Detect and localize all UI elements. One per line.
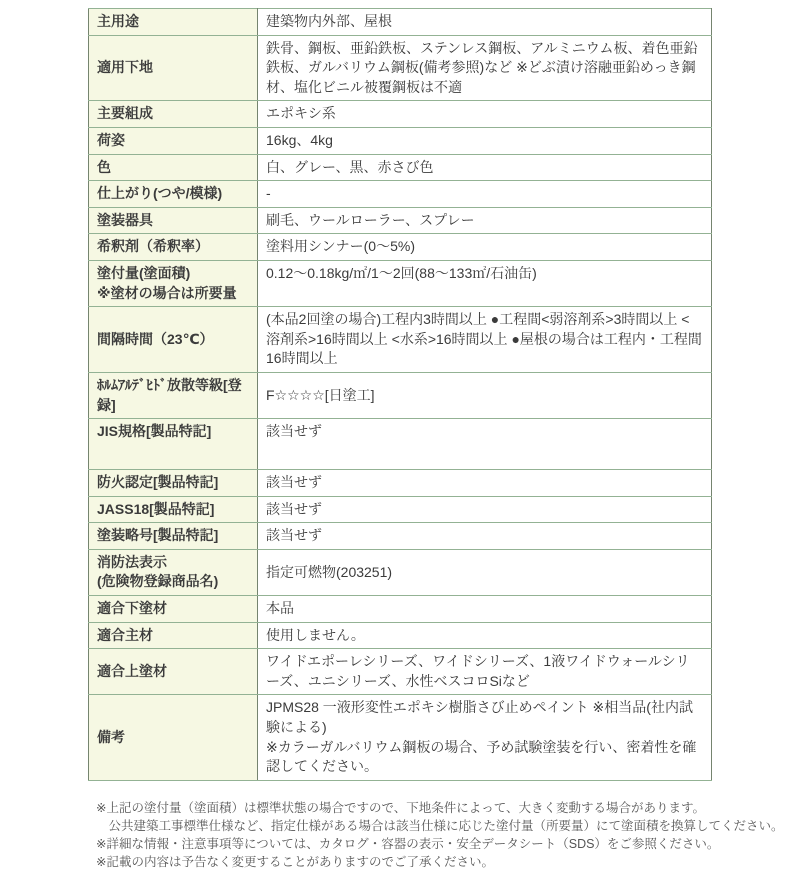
spec-label-cell: 荷姿 (89, 127, 258, 154)
table-row: 色 白、グレー、黒、赤さび色 (89, 154, 712, 181)
spec-label-cell: 適合主材 (89, 622, 258, 649)
spec-value-cell: 該当せず (258, 496, 712, 523)
table-row: JIS規格[製品特記] 該当せず (89, 419, 712, 470)
spec-value-cell: エポキシ系 (258, 101, 712, 128)
table-row: 荷姿 16kg、4kg (89, 127, 712, 154)
spec-value-cell: 本品 (258, 596, 712, 623)
spec-value-cell: 指定可燃物(203251) (258, 549, 712, 595)
table-row: 希釈剤（希釈率） 塗料用シンナー(0～5%) (89, 234, 712, 261)
table-row: 備考 JPMS28 一液形変性エポキシ樹脂さび止めペイント ※相当品(社内試験に… (89, 695, 712, 780)
table-row: 主要組成 エポキシ系 (89, 101, 712, 128)
spec-value-cell: 塗料用シンナー(0～5%) (258, 234, 712, 261)
spec-label-cell: 主用途 (89, 9, 258, 36)
spec-label-cell: 防火認定[製品特記] (89, 470, 258, 497)
spec-label-cell: 主要組成 (89, 101, 258, 128)
spec-value-cell: (本品2回塗の場合)工程内3時間以上 ●工程間<弱溶剤系>3時間以上 <溶剤系>… (258, 307, 712, 373)
spec-table-body: 主用途 建築物内外部、屋根 適用下地 鉄骨、鋼板、亜鉛鉄板、ステンレス鋼板、アル… (89, 9, 712, 781)
spec-label-cell: 塗装器具 (89, 207, 258, 234)
spec-label-cell: ﾎﾙﾑｱﾙﾃﾞﾋﾄﾞ放散等級[登録] (89, 372, 258, 418)
table-row: 適用下地 鉄骨、鋼板、亜鉛鉄板、ステンレス鋼板、アルミニウム板、着色亜鉛鉄板、ガ… (89, 35, 712, 101)
product-spec-table: 主用途 建築物内外部、屋根 適用下地 鉄骨、鋼板、亜鉛鉄板、ステンレス鋼板、アル… (88, 8, 712, 781)
footnote-line: ※上記の塗付量（塗面積）は標準状態の場合ですので、下地条件によって、大きく変動す… (96, 799, 800, 817)
table-row: 塗装略号[製品特記] 該当せず (89, 523, 712, 550)
spec-value-cell: 該当せず (258, 419, 712, 470)
spec-value-cell: 刷毛、ウールローラー、スプレー (258, 207, 712, 234)
spec-value-cell: 該当せず (258, 523, 712, 550)
spec-value-cell: 建築物内外部、屋根 (258, 9, 712, 36)
spec-value-cell: - (258, 181, 712, 208)
spec-label-cell: 塗装略号[製品特記] (89, 523, 258, 550)
spec-label-cell: JIS規格[製品特記] (89, 419, 258, 470)
spec-label-cell: 適用下地 (89, 35, 258, 101)
table-row: 主用途 建築物内外部、屋根 (89, 9, 712, 36)
table-row: 防火認定[製品特記] 該当せず (89, 470, 712, 497)
spec-label-cell: JASS18[製品特記] (89, 496, 258, 523)
spec-label-cell: 備考 (89, 695, 258, 780)
spec-value-cell: JPMS28 一液形変性エポキシ樹脂さび止めペイント ※相当品(社内試験による)… (258, 695, 712, 780)
table-row: 適合上塗材 ワイドエポーレシリーズ、ワイドシリーズ、1液ワイドウォールシリーズ、… (89, 649, 712, 695)
table-row: 塗装器具 刷毛、ウールローラー、スプレー (89, 207, 712, 234)
table-row: ﾎﾙﾑｱﾙﾃﾞﾋﾄﾞ放散等級[登録] F☆☆☆☆[日塗工] (89, 372, 712, 418)
table-row: 間隔時間（23℃） (本品2回塗の場合)工程内3時間以上 ●工程間<弱溶剤系>3… (89, 307, 712, 373)
spec-label-cell: 消防法表示 (危険物登録商品名) (89, 549, 258, 595)
spec-label-cell: 希釈剤（希釈率） (89, 234, 258, 261)
spec-value-cell: 白、グレー、黒、赤さび色 (258, 154, 712, 181)
spec-value-cell: 該当せず (258, 470, 712, 497)
table-row: 消防法表示 (危険物登録商品名) 指定可燃物(203251) (89, 549, 712, 595)
spec-value-cell: F☆☆☆☆[日塗工] (258, 372, 712, 418)
table-row: 仕上がり(つや/模様) - (89, 181, 712, 208)
product-spec-page: 主用途 建築物内外部、屋根 適用下地 鉄骨、鋼板、亜鉛鉄板、ステンレス鋼板、アル… (0, 0, 800, 891)
spec-label-cell: 適合上塗材 (89, 649, 258, 695)
table-row: 適合下塗材 本品 (89, 596, 712, 623)
spec-label-cell: 適合下塗材 (89, 596, 258, 623)
footnotes: ※上記の塗付量（塗面積）は標準状態の場合ですので、下地条件によって、大きく変動す… (96, 799, 800, 871)
spec-label-cell: 間隔時間（23℃） (89, 307, 258, 373)
spec-value-cell: 使用しません。 (258, 622, 712, 649)
spec-value-cell: 16kg、4kg (258, 127, 712, 154)
table-row: JASS18[製品特記] 該当せず (89, 496, 712, 523)
spec-value-cell: 0.12～0.18kg/㎡/1～2回(88～133㎡/石油缶) (258, 260, 712, 306)
spec-label-cell: 仕上がり(つや/模様) (89, 181, 258, 208)
table-row: 適合主材 使用しません。 (89, 622, 712, 649)
footnote-line: ※詳細な情報・注意事項等については、カタログ・容器の表示・安全データシート（SD… (96, 835, 800, 853)
table-row: 塗付量(塗面積) ※塗材の場合は所要量 0.12～0.18kg/㎡/1～2回(8… (89, 260, 712, 306)
footnote-line: 公共建築工事標準仕様など、指定仕様がある場合は該当仕様に応じた塗付量（所要量）に… (96, 817, 800, 835)
spec-value-cell: 鉄骨、鋼板、亜鉛鉄板、ステンレス鋼板、アルミニウム板、着色亜鉛鉄板、ガルバリウム… (258, 35, 712, 101)
footnote-line: ※記載の内容は予告なく変更することがありますのでご了承ください。 (96, 853, 800, 871)
spec-label-cell: 色 (89, 154, 258, 181)
spec-value-cell: ワイドエポーレシリーズ、ワイドシリーズ、1液ワイドウォールシリーズ、ユニシリーズ… (258, 649, 712, 695)
spec-label-cell: 塗付量(塗面積) ※塗材の場合は所要量 (89, 260, 258, 306)
